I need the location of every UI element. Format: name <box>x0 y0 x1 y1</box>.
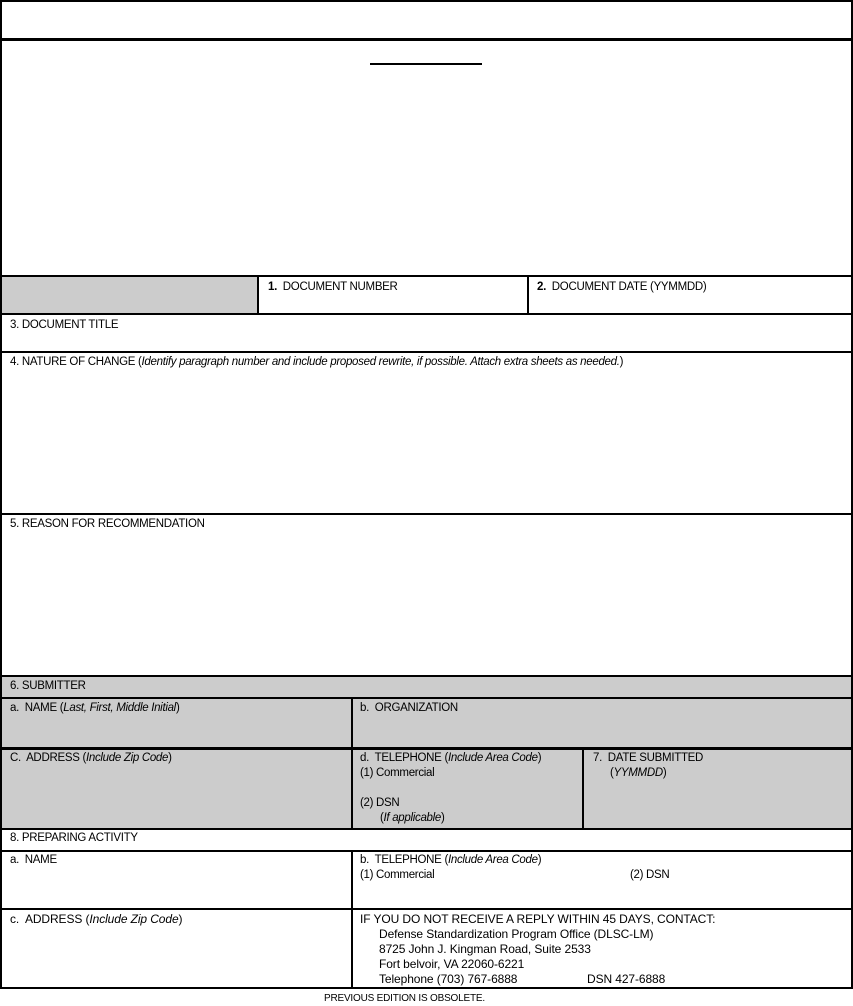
divider <box>0 828 853 830</box>
nature-of-change-label: NATURE OF CHANGE ( <box>22 356 142 368</box>
commercial-label: (1) Commercial <box>360 868 434 882</box>
name-label: NAME <box>25 854 57 866</box>
telephone-hint: Include Area Code <box>448 752 538 764</box>
dsn-label: (2) DSN <box>360 796 399 810</box>
address-label: ADDRESS ( <box>25 912 89 926</box>
address-hint: Include Zip Code <box>86 752 168 764</box>
contact-city: Fort belvoir, VA 22060-6221 <box>379 957 524 972</box>
submitter-address-field[interactable]: C. ADDRESS (Include Zip Code) <box>2 750 351 828</box>
date-submitted-field[interactable]: 7. DATE SUBMITTED (YYMMDD) <box>584 750 851 828</box>
preparing-name-field[interactable]: a. NAME <box>2 852 351 908</box>
field-letter: b. <box>360 702 369 714</box>
date-format-text: YYMMDD <box>614 767 663 779</box>
submitter-telephone-field[interactable]: d. TELEPHONE (Include Area Code) (1) Com… <box>353 750 582 828</box>
document-date-label: DOCUMENT DATE (YYMMDD) <box>552 281 707 293</box>
submitter-heading: 6. SUBMITTER <box>10 679 86 693</box>
field-number: 1. <box>268 281 277 293</box>
reason-field[interactable]: 5. REASON FOR RECOMMENDATION <box>2 515 851 675</box>
submitter-organization-field[interactable]: b. ORGANIZATION <box>353 699 851 747</box>
contact-telephone: Telephone (703) 767-6888 <box>379 972 517 987</box>
preparing-telephone-field[interactable]: b. TELEPHONE (Include Area Code) (1) Com… <box>353 852 851 908</box>
field-number: 7. <box>593 752 602 764</box>
field-number: 3. <box>10 319 19 331</box>
document-date-field[interactable]: 2. DOCUMENT DATE (YYMMDD) <box>529 277 851 313</box>
document-number-label: DOCUMENT NUMBER <box>283 281 398 293</box>
dsn-label: (2) DSN <box>630 868 669 882</box>
field-number: 2. <box>537 281 546 293</box>
field-number: 5. <box>10 518 19 530</box>
contact-office: Defense Standardization Program Office (… <box>379 927 653 942</box>
organization-label: ORGANIZATION <box>375 702 458 714</box>
field-letter: d. <box>360 752 369 764</box>
paren: ) <box>176 702 180 714</box>
address-label: ADDRESS ( <box>26 752 86 764</box>
name-label: NAME ( <box>25 702 63 714</box>
field-letter: C. <box>10 752 21 764</box>
contact-info: IF YOU DO NOT RECEIVE A REPLY WITHIN 45 … <box>353 910 851 987</box>
preparing-activity-heading: 8. PREPARING ACTIVITY <box>10 831 138 845</box>
address-hint: Include Zip Code <box>89 912 178 926</box>
nature-of-change-hint: Identify paragraph number and include pr… <box>142 356 620 368</box>
shaded-box <box>2 277 257 313</box>
title-underline <box>370 63 482 65</box>
field-number: 4. <box>10 356 19 368</box>
footer-note: PREVIOUS EDITION IS OBSOLETE. <box>324 992 485 1006</box>
document-number-field[interactable]: 1. DOCUMENT NUMBER <box>259 277 527 313</box>
contact-heading: IF YOU DO NOT RECEIVE A REPLY WITHIN 45 … <box>360 912 715 927</box>
paren: ) <box>179 912 183 926</box>
date-submitted-label: DATE SUBMITTED <box>608 752 703 764</box>
name-hint: Last, First, Middle Initial <box>63 702 176 714</box>
title-area <box>2 2 851 39</box>
field-letter: c. <box>10 912 19 926</box>
divider <box>0 38 853 41</box>
preparing-address-field[interactable]: c. ADDRESS (Include Zip Code) <box>2 910 351 987</box>
dsn-hint-text: If applicable <box>384 812 441 824</box>
field-letter: b. <box>360 854 369 866</box>
paren: ) <box>620 356 624 368</box>
document-title-field[interactable]: 3. DOCUMENT TITLE <box>2 315 851 351</box>
nature-of-change-field[interactable]: 4. NATURE OF CHANGE (Identify paragraph … <box>2 353 851 513</box>
telephone-label: TELEPHONE ( <box>375 854 448 866</box>
paren: ) <box>538 752 542 764</box>
field-letter: a. <box>10 702 19 714</box>
dsn-hint: (If applicable) <box>380 811 445 825</box>
paren: ) <box>538 854 542 866</box>
commercial-label: (1) Commercial <box>360 766 434 780</box>
telephone-hint: Include Area Code <box>448 854 538 866</box>
contact-street: 8725 John J. Kingman Road, Suite 2533 <box>379 942 591 957</box>
field-letter: a. <box>10 854 19 866</box>
reason-label: REASON FOR RECOMMENDATION <box>22 518 205 530</box>
paren: ) <box>168 752 172 764</box>
document-title-label: DOCUMENT TITLE <box>22 319 118 331</box>
telephone-label: TELEPHONE ( <box>375 752 448 764</box>
submitter-name-field[interactable]: a. NAME (Last, First, Middle Initial) <box>2 699 351 747</box>
date-format-hint: (YYMMDD) <box>610 766 666 780</box>
contact-dsn: DSN 427-6888 <box>587 972 665 987</box>
